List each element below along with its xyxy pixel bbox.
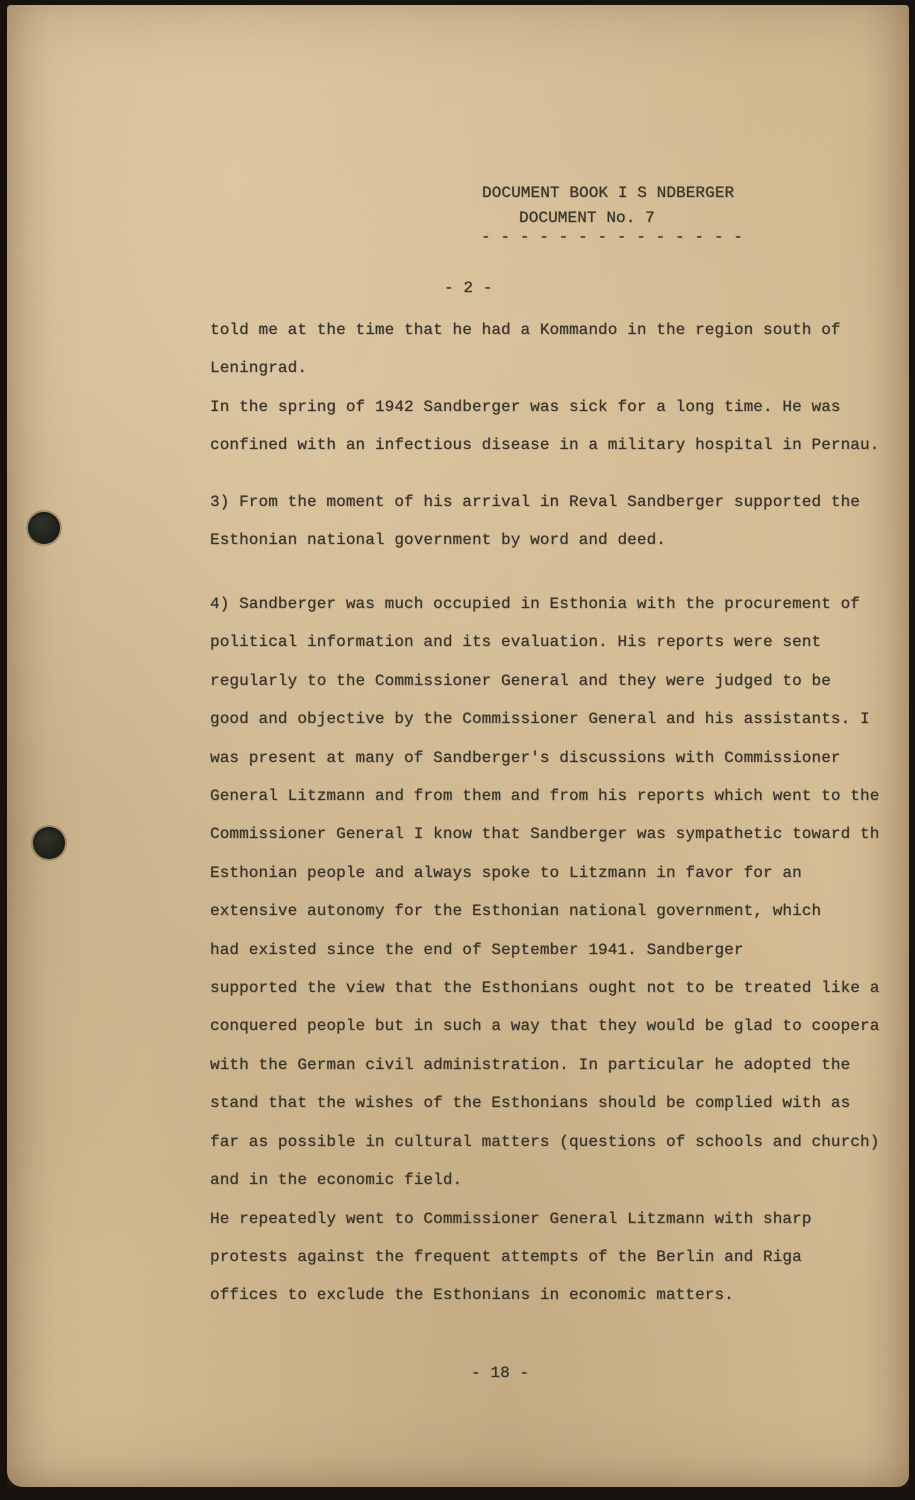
paragraph-point-3: 3) From the moment of his arrival in Rev… (210, 483, 860, 560)
paragraph-intro: told me at the time that he had a Komman… (210, 311, 879, 465)
scanned-page-background: DOCUMENT BOOK I S NDBERGER DOCUMENT No. … (0, 0, 915, 1500)
page-number-top: - 2 - (444, 278, 493, 298)
typewritten-content: DOCUMENT BOOK I S NDBERGER DOCUMENT No. … (0, 0, 915, 1500)
paragraph-point-4: 4) Sandberger was much occupied in Estho… (210, 585, 879, 1315)
page-number-bottom: - 18 - (471, 1363, 529, 1383)
header-divider-dashes: - - - - - - - - - - - - - - (481, 227, 743, 247)
header-document-number: DOCUMENT No. 7 (519, 208, 655, 228)
header-book-title: DOCUMENT BOOK I S NDBERGER (482, 183, 734, 203)
